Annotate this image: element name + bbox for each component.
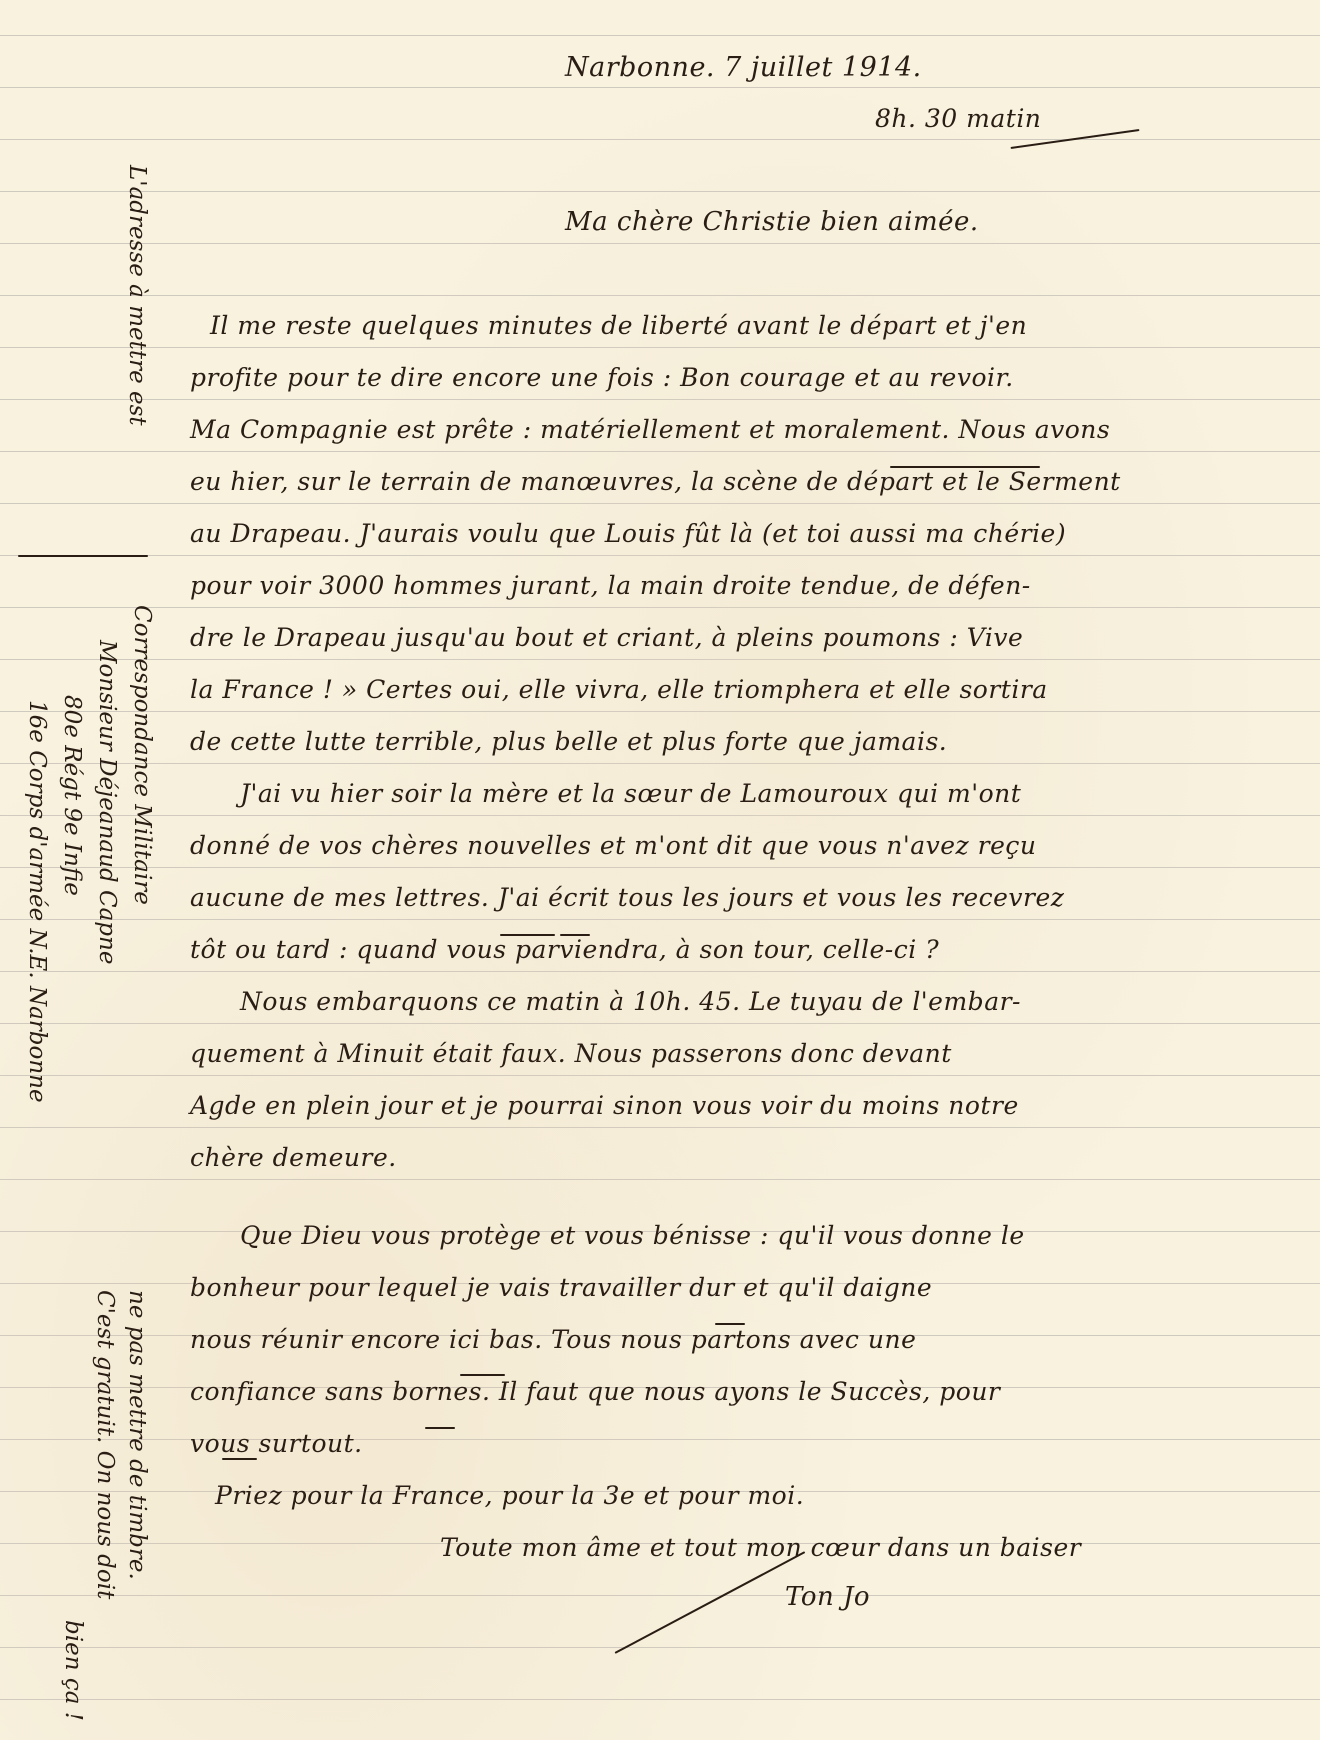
body-line: Nous embarquons ce matin à 10h. 45. Le t…: [240, 987, 1021, 1016]
body-line: Que Dieu vous protège et vous bénisse : …: [240, 1221, 1025, 1250]
body-line: nous réunir encore ici bas. Tous nous pa…: [190, 1325, 916, 1354]
body-line: aucune de mes lettres. J'ai écrit tous l…: [190, 883, 1064, 912]
body-line-part: Ma Compagnie est prête : matériellement …: [190, 415, 1110, 444]
margin-postage-line: bien ça !: [60, 1620, 86, 1721]
body-line: dre le Drapeau jusqu'au bout et criant, …: [190, 623, 1023, 652]
underline-dur: [715, 1323, 745, 1325]
underline-jour: [560, 934, 590, 936]
body-line: donné de vos chères nouvelles et m'ont d…: [190, 831, 1037, 860]
body-line: la France ! » Certes oui, elle vivra, el…: [190, 675, 1048, 704]
underline-les: [500, 934, 555, 936]
signature-flourish: [615, 1551, 806, 1654]
underline-tous: [460, 1374, 505, 1376]
letter-place-date: Narbonne. 7 juillet 1914.: [565, 52, 922, 83]
letter-time: 8h. 30 matin: [875, 104, 1041, 133]
body-line: quement à Minuit était faux. Nous passer…: [190, 1039, 952, 1068]
margin-address-line: Correspondance Militaire: [129, 605, 155, 905]
margin-postage-line: ne pas mettre de timbre.: [124, 1290, 150, 1580]
underline-vous: [222, 1458, 257, 1460]
body-line: profite pour te dire encore une fois : B…: [190, 363, 1014, 392]
margin-address-intro: L'adresse à mettre est: [124, 165, 150, 426]
brace-icon: [18, 555, 148, 557]
underline-il: [425, 1427, 455, 1429]
body-line: tôt ou tard : quand vous parviendra, à s…: [190, 935, 939, 964]
body-line: de cette lutte terrible, plus belle et p…: [190, 727, 947, 756]
letter-salutation: Ma chère Christie bien aimée.: [565, 207, 979, 237]
body-line: pour voir 3000 hommes jurant, la main dr…: [190, 571, 1031, 600]
margin-address-line: Monsieur Déjeanaud Capne: [94, 640, 120, 964]
body-line: vous surtout.: [190, 1429, 363, 1458]
handwritten-letter-page: Narbonne. 7 juillet 1914. 8h. 30 matin M…: [0, 0, 1320, 1740]
body-line: Priez pour la France, pour la 3e et pour…: [215, 1481, 804, 1510]
body-line: Agde en plein jour et je pourrai sinon v…: [190, 1091, 1019, 1120]
body-line: chère demeure.: [190, 1143, 397, 1172]
margin-address-line: 16e Corps d'armée N.E. Narbonne: [24, 700, 50, 1103]
underline-moralement: [890, 466, 1040, 468]
body-line: Ma Compagnie est prête : matériellement …: [190, 415, 1110, 444]
body-line: J'ai vu hier soir la mère et la sœur de …: [240, 779, 1021, 808]
body-line: confiance sans bornes. Il faut que nous …: [190, 1377, 1000, 1406]
body-line: bonheur pour lequel je vais travailler d…: [190, 1273, 932, 1302]
body-line: au Drapeau. J'aurais voulu que Louis fût…: [190, 519, 1066, 548]
margin-postage-line: C'est gratuit. On nous doit: [92, 1290, 118, 1599]
body-line: Il me reste quelques minutes de liberté …: [210, 311, 1027, 340]
closing-line: Toute mon âme et tout mon cœur dans un b…: [440, 1533, 1081, 1562]
body-line: eu hier, sur le terrain de manœuvres, la…: [190, 467, 1121, 496]
signature: Ton Jo: [785, 1582, 870, 1612]
margin-address-line: 80e Régt 9e Infie: [59, 695, 85, 896]
